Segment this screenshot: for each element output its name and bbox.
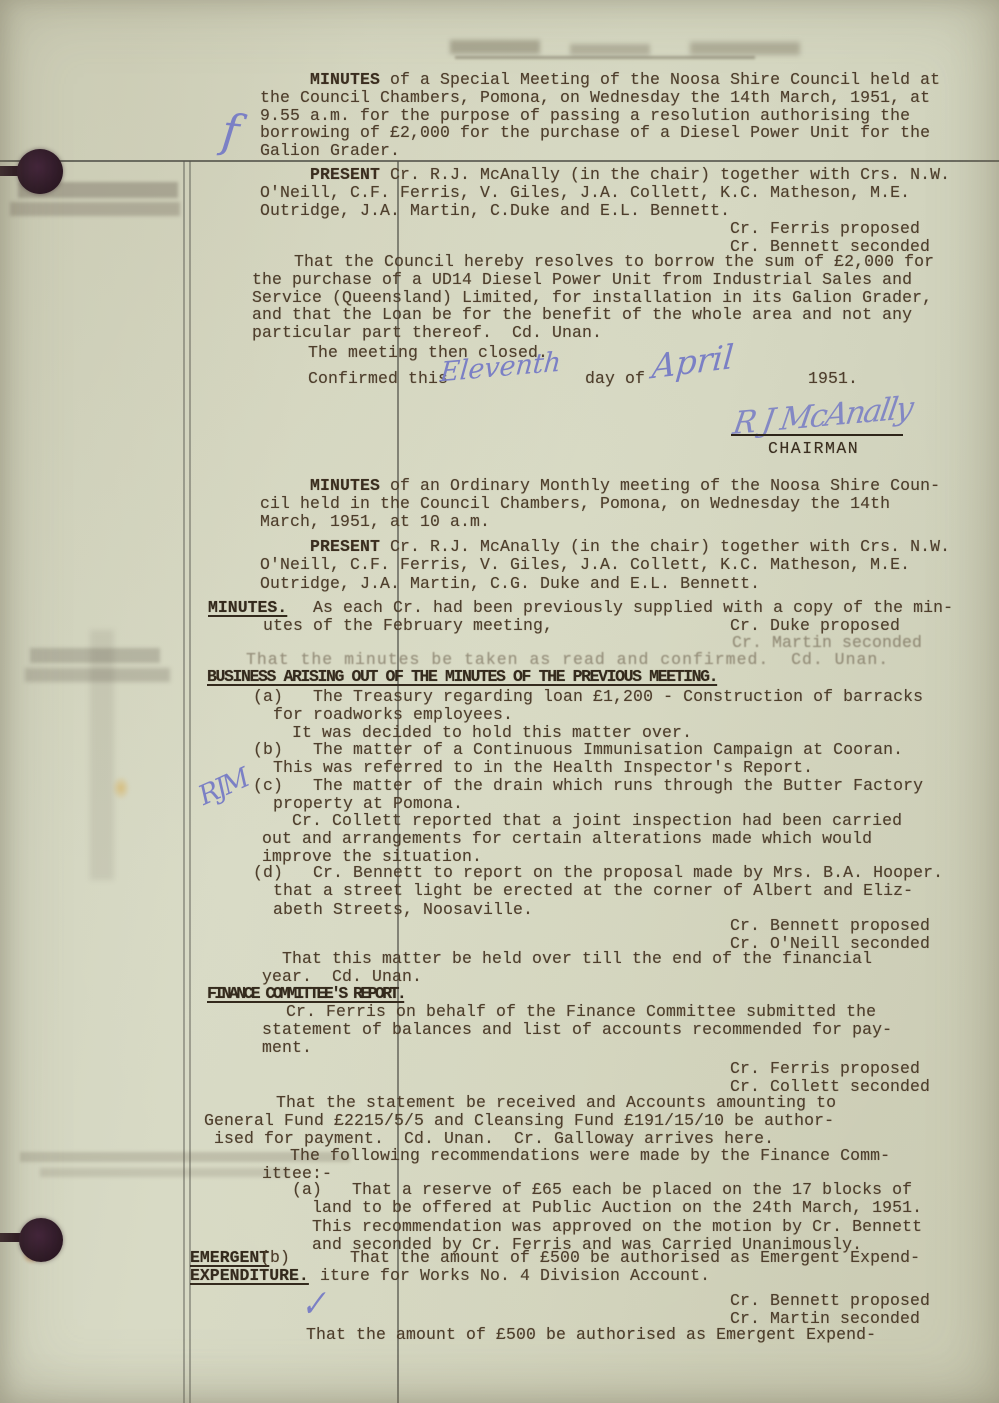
finance-report-paragraph: Cr. Ferris on behalf of the Finance Comm… [262, 1003, 892, 1056]
special-meeting-present: PRESENT Cr. R.J. McAnally (in the chair)… [260, 166, 950, 219]
signature-line [731, 434, 903, 436]
borrowing-resolution: That the Council hereby resolves to borr… [252, 253, 934, 342]
opening-bold-word: MINUTES [310, 70, 380, 89]
ink-transfer-stamp-top-2 [10, 202, 180, 216]
business-item-a: (a) The Treasury regarding loan £1,200 -… [253, 688, 923, 724]
ink-transfer-bottom-2 [40, 1168, 290, 1177]
finance-resolution: That the statement be received and Accou… [204, 1094, 836, 1147]
motion-finance-movers: Cr. Ferris proposed Cr. Collett seconded [730, 1060, 930, 1096]
motion-emergent-movers: Cr. Bennett proposed Cr. Martin seconded [730, 1292, 930, 1328]
motion-borrowing-movers: Cr. Ferris proposed Cr. Bennett seconded [730, 220, 930, 256]
handwritten-month: April [651, 337, 736, 387]
faded-header-smudge [450, 40, 540, 54]
opening-bold-word: MINUTES [310, 476, 380, 495]
confirmed-line-prefix: Confirmed this [308, 370, 448, 388]
confirmed-line-year: 1951. [808, 370, 858, 388]
ink-transfer-stamp-mid [30, 648, 160, 663]
pen-tick-mark: ✓ [299, 1282, 328, 1326]
ledger-rule-horizontal [0, 160, 999, 162]
hole-punch-top [17, 149, 63, 194]
present-bold-word: PRESENT [310, 537, 380, 556]
ledger-rule-vertical-left-a [183, 161, 185, 1403]
ink-transfer-streak [90, 630, 114, 880]
special-meeting-opening: MINUTES of a Special Meeting of the Noos… [260, 71, 940, 160]
pen-flourish-mark: f [219, 103, 242, 158]
chairman-label: CHAIRMAN [768, 440, 859, 458]
ordinary-meeting-present: PRESENT Cr. R.J. McAnally (in the chair)… [260, 538, 950, 593]
streetlight-decision: That this matter be held over till the e… [262, 950, 872, 986]
faded-header-smudge-2 [570, 44, 650, 55]
recommendation-b: (b) That the amount of £500 be authorise… [260, 1249, 920, 1285]
emergent-margin-heading-line1: EMERGENT [190, 1249, 269, 1267]
faded-header-smudge-3 [690, 42, 800, 55]
confirmed-line-mid: day of [585, 370, 645, 388]
hole-punch-bottom [19, 1218, 63, 1262]
paper-stain-yellow [112, 776, 130, 800]
business-item-c: (c) The matter of the drain which runs t… [253, 777, 923, 813]
faded-header-underline [455, 56, 755, 59]
pen-margin-initials: RJM [194, 763, 252, 812]
business-item-d: (d) Cr. Bennett to report on the proposa… [253, 864, 943, 919]
motion-streetlight-movers: Cr. Bennett proposed Cr. O'Neill seconde… [730, 917, 930, 953]
recommendation-a: (a) That a reserve of £65 each be placed… [292, 1181, 922, 1254]
collett-report-paragraph: Cr. Collett reported that a joint inspec… [262, 812, 902, 865]
ink-transfer-stamp-mid-2 [25, 668, 170, 682]
scanned-minutes-page: MINUTES of a Special Meeting of the Noos… [0, 0, 999, 1403]
ordinary-meeting-opening: MINUTES of an Ordinary Monthly meeting o… [260, 477, 940, 530]
ledger-rule-vertical-left-b [189, 161, 191, 1403]
business-item-b: (b) The matter of a Continuous Immunisat… [253, 741, 903, 777]
business-arising-heading: BUSINESS ARISING OUT OF THE MINUTES OF T… [207, 668, 717, 686]
emergent-resolution: That the amount of £500 be authorised as… [262, 1326, 876, 1344]
present-bold-word: PRESENT [310, 165, 380, 184]
finance-committee-heading: FINANCE COMMITTEE'S REPORT. [207, 985, 404, 1003]
recommendations-intro: The following recommendations were made … [262, 1147, 890, 1183]
